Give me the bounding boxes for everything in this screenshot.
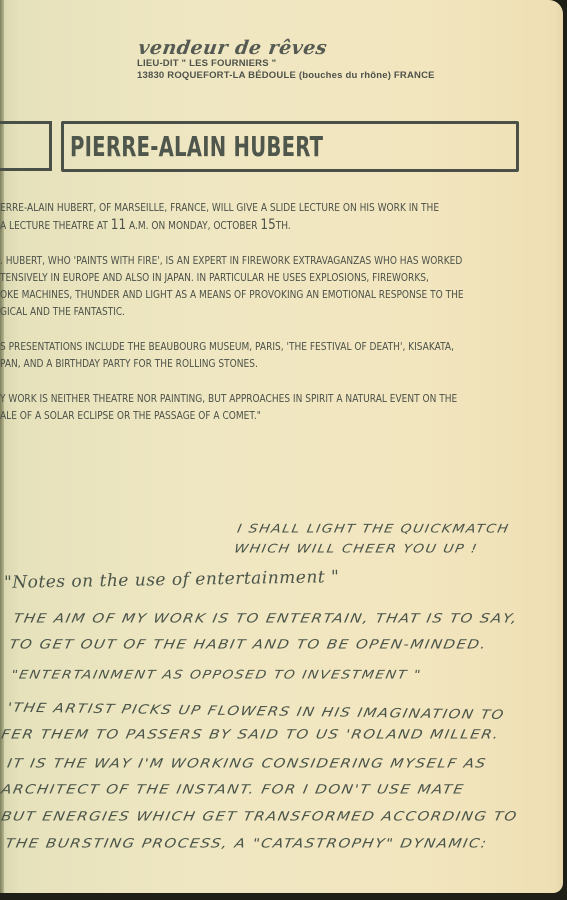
typed-line: PAN, AND A BIRTHDAY PARTY FOR THE ROLLIN… xyxy=(0,356,258,373)
handwritten-line: TO GET OUT OF THE HABIT AND TO BE OPEN-M… xyxy=(8,637,488,652)
typed-line: TENSIVELY IN EUROPE AND ALSO IN JAPAN. I… xyxy=(0,270,429,287)
handwritten-line: IT IS THE WAY I'M WORKING CONSIDERING MY… xyxy=(6,756,488,771)
title-side-box xyxy=(0,121,52,171)
letterhead-address-line-1: LIEU-DIT " LES FOURNIERS " xyxy=(137,58,435,70)
title-box: PIERRE-ALAIN HUBERT xyxy=(61,121,519,172)
handwritten-quickmatch-line-2: WHICH WILL CHEER YOU UP ! xyxy=(233,542,479,556)
typed-line: GICAL AND THE FANTASTIC. xyxy=(0,304,125,321)
handwritten-line: 'THE ARTIST PICKS UP FLOWERS IN HIS IMAG… xyxy=(6,700,506,723)
handwritten-line: THE AIM OF MY WORK IS TO ENTERTAIN, THAT… xyxy=(12,611,519,626)
handwritten-line: ARCHITECT OF THE INSTANT. FOR I DON'T US… xyxy=(0,782,466,797)
typed-line: ERRE-ALAIN HUBERT, OF MARSEILLE, FRANCE,… xyxy=(0,200,439,217)
typed-line: Y WORK IS NEITHER THEATRE NOR PAINTING, … xyxy=(0,391,457,408)
typed-line: S PRESENTATIONS INCLUDE THE BEAUBOURG MU… xyxy=(0,339,454,356)
lecture-date: 15 xyxy=(260,217,275,233)
lecture-time: 11 xyxy=(111,217,126,233)
handwritten-notes-heading: "Notes on the use of entertainment " xyxy=(4,567,340,593)
typed-line: OKE MACHINES, THUNDER AND LIGHT AS A MEA… xyxy=(0,287,464,304)
typed-line: . HUBERT, WHO 'PAINTS WITH FIRE', IS AN … xyxy=(0,253,462,270)
handwritten-line: FER THEM TO PASSERS BY SAID TO US 'ROLAN… xyxy=(0,727,501,742)
document-page: vendeur de rêves LIEU-DIT " LES FOURNIER… xyxy=(0,0,563,893)
letterhead-address-line-2: 13830 ROQUEFORT-LA BÉDOULE (bouches du r… xyxy=(137,70,435,82)
typed-line: ALE OF A SOLAR ECLIPSE OR THE PASSAGE OF… xyxy=(0,408,261,425)
letterhead: vendeur de rêves LIEU-DIT " LES FOURNIER… xyxy=(137,38,435,82)
verso-bleed-through xyxy=(150,448,470,470)
typed-line: A LECTURE THEATRE AT 11 A.M. ON MONDAY, … xyxy=(0,217,291,235)
handwritten-line: THE BURSTING PROCESS, A "CATASTROPHY" DY… xyxy=(4,836,489,851)
handwritten-quickmatch-line-1: I SHALL LIGHT THE QUICKMATCH xyxy=(236,522,511,536)
page-title: PIERRE-ALAIN HUBERT xyxy=(70,130,323,163)
letterhead-brand: vendeur de rêves xyxy=(137,38,438,58)
handwritten-line: BUT ENERGIES WHICH GET TRANSFORMED ACCOR… xyxy=(0,809,519,824)
handwritten-line: "ENTERTAINMENT AS OPPOSED TO INVESTMENT … xyxy=(10,668,423,682)
